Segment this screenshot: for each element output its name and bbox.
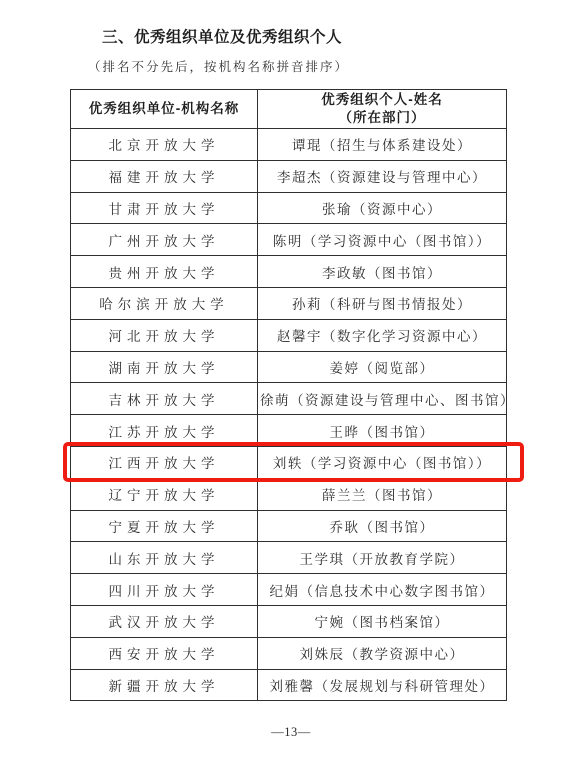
org-cell: 宁夏开放大学 <box>71 510 258 542</box>
person-cell: 王晔（图书馆） <box>258 415 507 447</box>
table-row: 河北开放大学赵馨宇（数字化学习资源中心） <box>71 319 507 351</box>
table-row: 北京开放大学谭琨（招生与体系建设处） <box>71 129 507 161</box>
org-cell: 北京开放大学 <box>71 129 258 161</box>
page-number: —13— <box>0 701 582 740</box>
table-row: 江苏开放大学王晔（图书馆） <box>71 415 507 447</box>
sort-note: （排名不分先后，按机构名称拼音排序） <box>0 49 582 76</box>
org-cell: 辽宁开放大学 <box>71 478 258 510</box>
table-row: 福建开放大学李超杰（资源建设与管理中心） <box>71 160 507 192</box>
award-table: 优秀组织单位-机构名称 优秀组织个人-姓名 （所在部门） 北京开放大学谭琨（招生… <box>70 89 507 701</box>
person-cell: 宁婉（图书档案馆） <box>258 605 507 637</box>
table-row: 山东开放大学王学琪（开放教育学院） <box>71 542 507 574</box>
person-cell: 陈明（学习资源中心（图书馆）） <box>258 224 507 256</box>
org-cell: 河北开放大学 <box>71 319 258 351</box>
org-cell: 江西开放大学 <box>71 446 258 478</box>
table-header-row: 优秀组织单位-机构名称 优秀组织个人-姓名 （所在部门） <box>71 90 507 129</box>
person-cell: 纪娟（信息技术中心数字图书馆） <box>258 574 507 606</box>
org-cell: 四川开放大学 <box>71 574 258 606</box>
person-cell: 乔耿（图书馆） <box>258 510 507 542</box>
table-row: 宁夏开放大学乔耿（图书馆） <box>71 510 507 542</box>
org-cell: 江苏开放大学 <box>71 415 258 447</box>
table-body: 北京开放大学谭琨（招生与体系建设处）福建开放大学李超杰（资源建设与管理中心）甘肃… <box>71 129 507 701</box>
person-cell: 薛兰兰（图书馆） <box>258 478 507 510</box>
person-column-header-line1: 优秀组织个人-姓名 <box>260 91 504 109</box>
table-row: 西安开放大学刘姝辰（教学资源中心） <box>71 637 507 669</box>
table-row: 新疆开放大学刘雅馨（发展规划与科研管理处） <box>71 669 507 701</box>
person-cell: 谭琨（招生与体系建设处） <box>258 129 507 161</box>
org-cell: 贵州开放大学 <box>71 256 258 288</box>
person-cell: 徐萌（资源建设与管理中心、图书馆） <box>258 383 507 415</box>
org-cell: 哈尔滨开放大学 <box>71 287 258 319</box>
table-row: 湖南开放大学姜婷（阅览部） <box>71 351 507 383</box>
org-cell: 新疆开放大学 <box>71 669 258 701</box>
document-page: 三、优秀组织单位及优秀组织个人 （排名不分先后，按机构名称拼音排序） 优秀组织单… <box>0 0 582 771</box>
person-column-header-line2: （所在部门） <box>260 109 504 127</box>
table-row: 辽宁开放大学薛兰兰（图书馆） <box>71 478 507 510</box>
table-row: 武汉开放大学宁婉（图书档案馆） <box>71 605 507 637</box>
person-column-header: 优秀组织个人-姓名 （所在部门） <box>258 90 507 129</box>
org-cell: 福建开放大学 <box>71 160 258 192</box>
person-cell: 李超杰（资源建设与管理中心） <box>258 160 507 192</box>
person-cell: 李政敏（图书馆） <box>258 256 507 288</box>
person-cell: 孙莉（科研与图书情报处） <box>258 287 507 319</box>
person-cell: 姜婷（阅览部） <box>258 351 507 383</box>
person-cell: 张瑜（资源中心） <box>258 192 507 224</box>
table-row: 吉林开放大学徐萌（资源建设与管理中心、图书馆） <box>71 383 507 415</box>
org-cell: 湖南开放大学 <box>71 351 258 383</box>
table-row: 哈尔滨开放大学孙莉（科研与图书情报处） <box>71 287 507 319</box>
table-row: 甘肃开放大学张瑜（资源中心） <box>71 192 507 224</box>
person-cell: 刘轶（学习资源中心（图书馆）） <box>258 446 507 478</box>
org-cell: 山东开放大学 <box>71 542 258 574</box>
section-title: 三、优秀组织单位及优秀组织个人 <box>0 0 582 49</box>
org-column-header: 优秀组织单位-机构名称 <box>71 90 258 129</box>
person-cell: 刘雅馨（发展规划与科研管理处） <box>258 669 507 701</box>
table-row: 四川开放大学纪娟（信息技术中心数字图书馆） <box>71 574 507 606</box>
table-row: 贵州开放大学李政敏（图书馆） <box>71 256 507 288</box>
person-cell: 刘姝辰（教学资源中心） <box>258 637 507 669</box>
org-cell: 武汉开放大学 <box>71 605 258 637</box>
person-cell: 王学琪（开放教育学院） <box>258 542 507 574</box>
table-row: 江西开放大学刘轶（学习资源中心（图书馆）） <box>71 446 507 478</box>
org-cell: 西安开放大学 <box>71 637 258 669</box>
org-cell: 广州开放大学 <box>71 224 258 256</box>
person-cell: 赵馨宇（数字化学习资源中心） <box>258 319 507 351</box>
org-cell: 吉林开放大学 <box>71 383 258 415</box>
table-row: 广州开放大学陈明（学习资源中心（图书馆）） <box>71 224 507 256</box>
org-cell: 甘肃开放大学 <box>71 192 258 224</box>
